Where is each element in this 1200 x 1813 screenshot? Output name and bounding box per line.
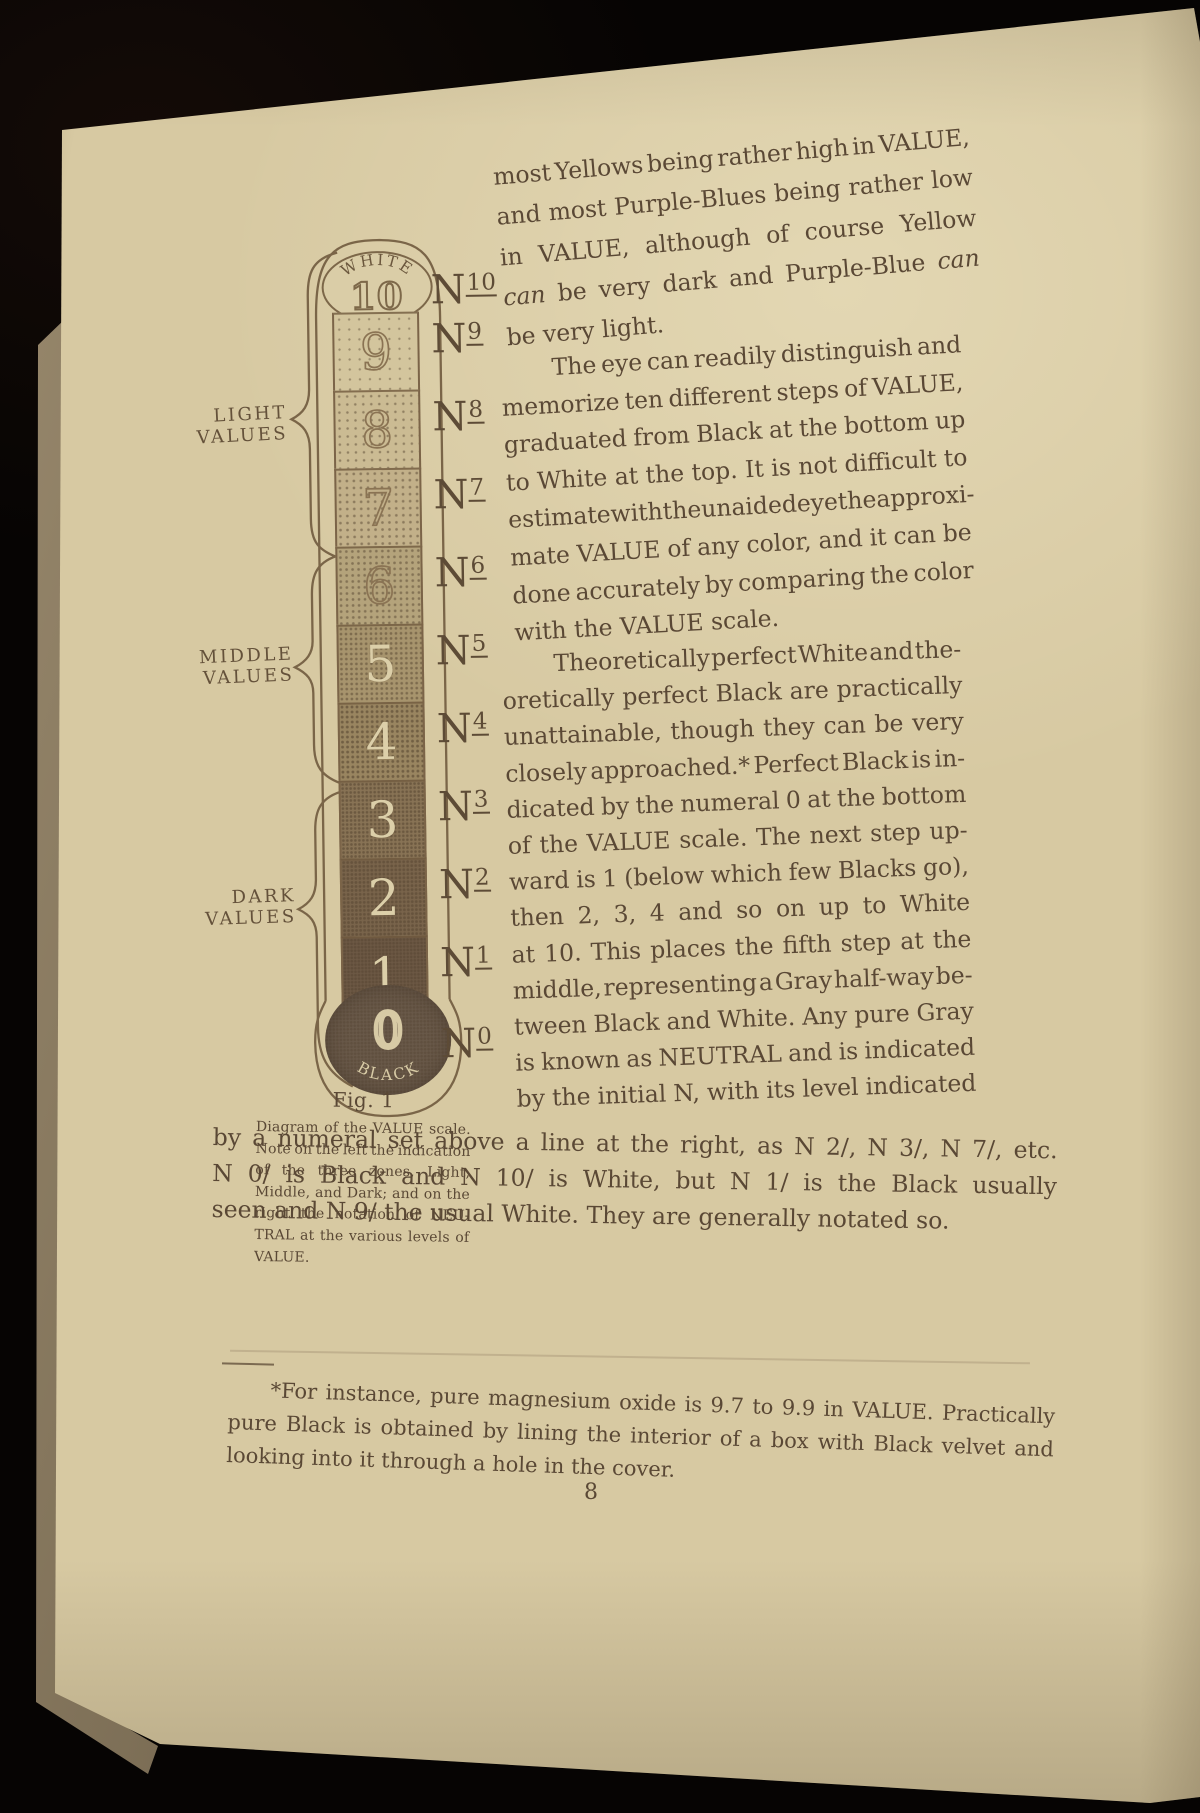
zone-label-middle-values: MIDDLE VALUES (153, 644, 295, 691)
n-sup: 0 (476, 1025, 493, 1051)
n-sup: 9 (466, 320, 483, 346)
n-prefix: N (431, 316, 467, 362)
n-prefix: N (435, 628, 471, 674)
n-prefix: N (438, 784, 474, 830)
value-scale-cell: 9 (332, 312, 420, 391)
value-scale-number: 7 (362, 483, 395, 533)
neutral-notation-4: N4 (437, 706, 489, 753)
n-sup: 6 (469, 554, 486, 580)
n-sup: 2 (474, 866, 491, 892)
scanned-book-page: 10 9 8 7 6 5 4 3 2 1 0 WHITE BLACK N10 N… (0, 0, 1200, 1813)
body-paragraph-2: Theeyecanreadilydistinguishandmemorizete… (499, 330, 977, 656)
neutral-notation-0: N0 (441, 1021, 493, 1068)
n-sup: 5 (470, 632, 487, 658)
zone-label-line: VALUES (160, 907, 297, 932)
value-scale-cell: 2 (340, 857, 428, 936)
scale-number-0: 0 (342, 1002, 435, 1059)
value-scale-number: 6 (363, 561, 396, 611)
text-line: Middle,andDark;andonthe (255, 1184, 470, 1209)
neutral-notation-6: N6 (434, 550, 486, 597)
zone-label-line: VALUES (154, 665, 295, 691)
n-sup: 1 (475, 944, 492, 970)
neutral-notation-3: N3 (438, 784, 490, 831)
value-scale-number: 5 (364, 639, 397, 689)
value-scale-number: 8 (361, 405, 394, 455)
n-sup: 8 (467, 398, 484, 424)
value-scale-number: 9 (360, 327, 393, 377)
neutral-notation-8: N8 (432, 394, 484, 441)
zone-label-dark-values: DARK VALUES (160, 886, 297, 931)
body-paragraph-1: mostYellowsbeingratherhighinVALUE,andmos… (492, 123, 985, 364)
value-scale-number: 2 (367, 873, 400, 923)
text-line: TRALatthevariouslevelsof (254, 1227, 469, 1252)
value-scale-number: 4 (365, 717, 398, 767)
neutral-notation-1: N1 (440, 940, 492, 987)
neutral-notation-9: N9 (431, 316, 483, 363)
page-number: 8 (545, 1480, 637, 1505)
n-prefix: N (440, 940, 476, 986)
neutral-notation-7: N7 (433, 472, 485, 519)
text-line: rightthenotationofNEU- (254, 1205, 469, 1230)
n-prefix: N (430, 267, 466, 313)
n-prefix: N (439, 862, 475, 908)
value-scale-cell: 8 (333, 390, 421, 469)
text-line: DiagramoftheVALUEscale. (256, 1119, 471, 1144)
neutral-notation-5: N5 (435, 628, 487, 675)
n-prefix: N (437, 706, 473, 752)
neutral-notation-2: N2 (439, 862, 491, 909)
scale-number-10: 10 (331, 273, 422, 318)
value-scale-cell: 7 (334, 468, 422, 547)
zone-label-light-values: LIGHT VALUES (153, 403, 289, 450)
text-line: VALUE. (254, 1249, 469, 1274)
value-scale-cell: 6 (335, 545, 423, 624)
n-prefix: N (434, 550, 470, 596)
value-scale-number: 3 (366, 795, 399, 845)
n-sup: 3 (473, 788, 490, 814)
n-sup: 10 (465, 270, 497, 297)
value-scale-cell: 5 (336, 623, 424, 702)
text-line: ofthethreezones,Light, (255, 1162, 470, 1187)
n-sup: 4 (472, 710, 489, 736)
neutral-notation-10: N10 (430, 266, 497, 313)
n-sup: 7 (468, 476, 485, 502)
figure-title: Fig. 1 (256, 1087, 471, 1113)
body-paragraph-3: TheoreticallyperfectWhiteandthe-oretical… (501, 635, 977, 1121)
text-line: Noteonthelefttheindication (255, 1141, 470, 1166)
figure-caption: DiagramoftheVALUEscale.Noteontheleftthei… (254, 1119, 471, 1273)
value-scale-cell: 3 (339, 779, 427, 858)
n-prefix: N (433, 472, 469, 518)
value-scale-cell: 4 (337, 701, 425, 780)
n-prefix: N (432, 394, 468, 440)
n-prefix: N (441, 1021, 477, 1067)
